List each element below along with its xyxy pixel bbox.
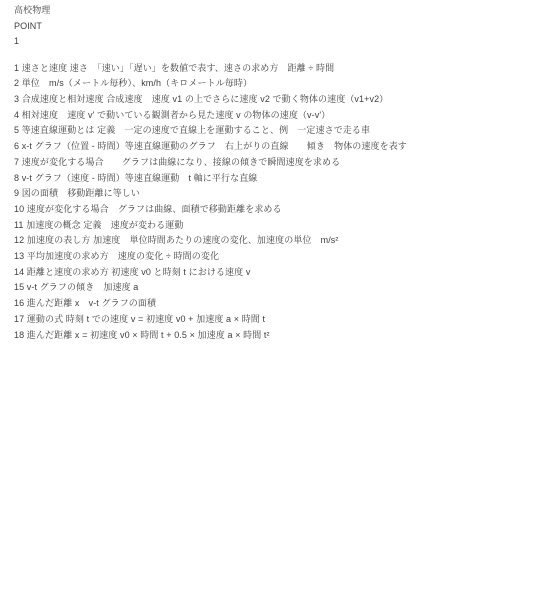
note-line: 11 加速度の概念 定義 速度が変わる運動 [14,218,522,234]
note-line: 18 進んだ距離 x = 初速度 v0 × 時間 t + 0.5 × 加速度 a… [14,328,522,344]
note-line: 13 平均加速度の求め方 速度の変化 ÷ 時間の変化 [14,249,522,265]
note-line: 10 速度が変化する場合 グラフは曲線、面積で移動距離を求める [14,202,522,218]
note-line: 14 距離と速度の求め方 初速度 v0 と時刻 t における速度 v [14,265,522,281]
note-line: 15 v-t グラフの傾き 加速度 a [14,280,522,296]
note-line: 8 v-t グラフ（速度 - 時間）等速直線運動 t 軸に平行な直線 [14,171,522,187]
note-line: 4 相対速度 速度 v' で動いている観測者から見た速度 v の物体の速度（v-… [14,108,522,124]
note-line: 12 加速度の表し方 加速度 単位時間あたりの速度の変化、加速度の単位 m/s² [14,233,522,249]
note-line: 16 進んだ距離 x v-t グラフの面積 [14,296,522,312]
note-line: 3 合成速度と相対速度 合成速度 速度 v1 の上でさらに速度 v2 で動く物体… [14,92,522,108]
note-line: 17 運動の式 時刻 t での速度 v = 初速度 v0 + 加速度 a × 時… [14,312,522,328]
page-title: 高校物理 [14,3,522,19]
note-line: 7 速度が変化する場合 グラフは曲線になり、接線の傾きで瞬間速度を求める [14,155,522,171]
document-page: 高校物理 POINT 1 1 速さと速度 速さ 「速い」「遅い」を数値で表す、速… [0,0,536,600]
notes-list: 1 速さと速度 速さ 「速い」「遅い」を数値で表す、速さの求め方 距離 ÷ 時間… [14,61,522,344]
note-line: 9 図の面積 移動距離に等しい [14,186,522,202]
document-header: 高校物理 POINT 1 [14,3,522,50]
note-line: 6 x-t グラフ（位置 - 時間）等速直線運動のグラフ 右上がりの直線 傾き … [14,139,522,155]
note-line: 5 等速直線運動とは 定義 一定の速度で直線上を運動すること、例 一定速さで走る… [14,123,522,139]
note-line: 1 速さと速度 速さ 「速い」「遅い」を数値で表す、速さの求め方 距離 ÷ 時間 [14,61,522,77]
note-line: 2 単位 m/s（メートル毎秒）、km/h（キロメートル毎時） [14,76,522,92]
section-label: POINT [14,19,522,35]
section-number: 1 [14,34,522,50]
